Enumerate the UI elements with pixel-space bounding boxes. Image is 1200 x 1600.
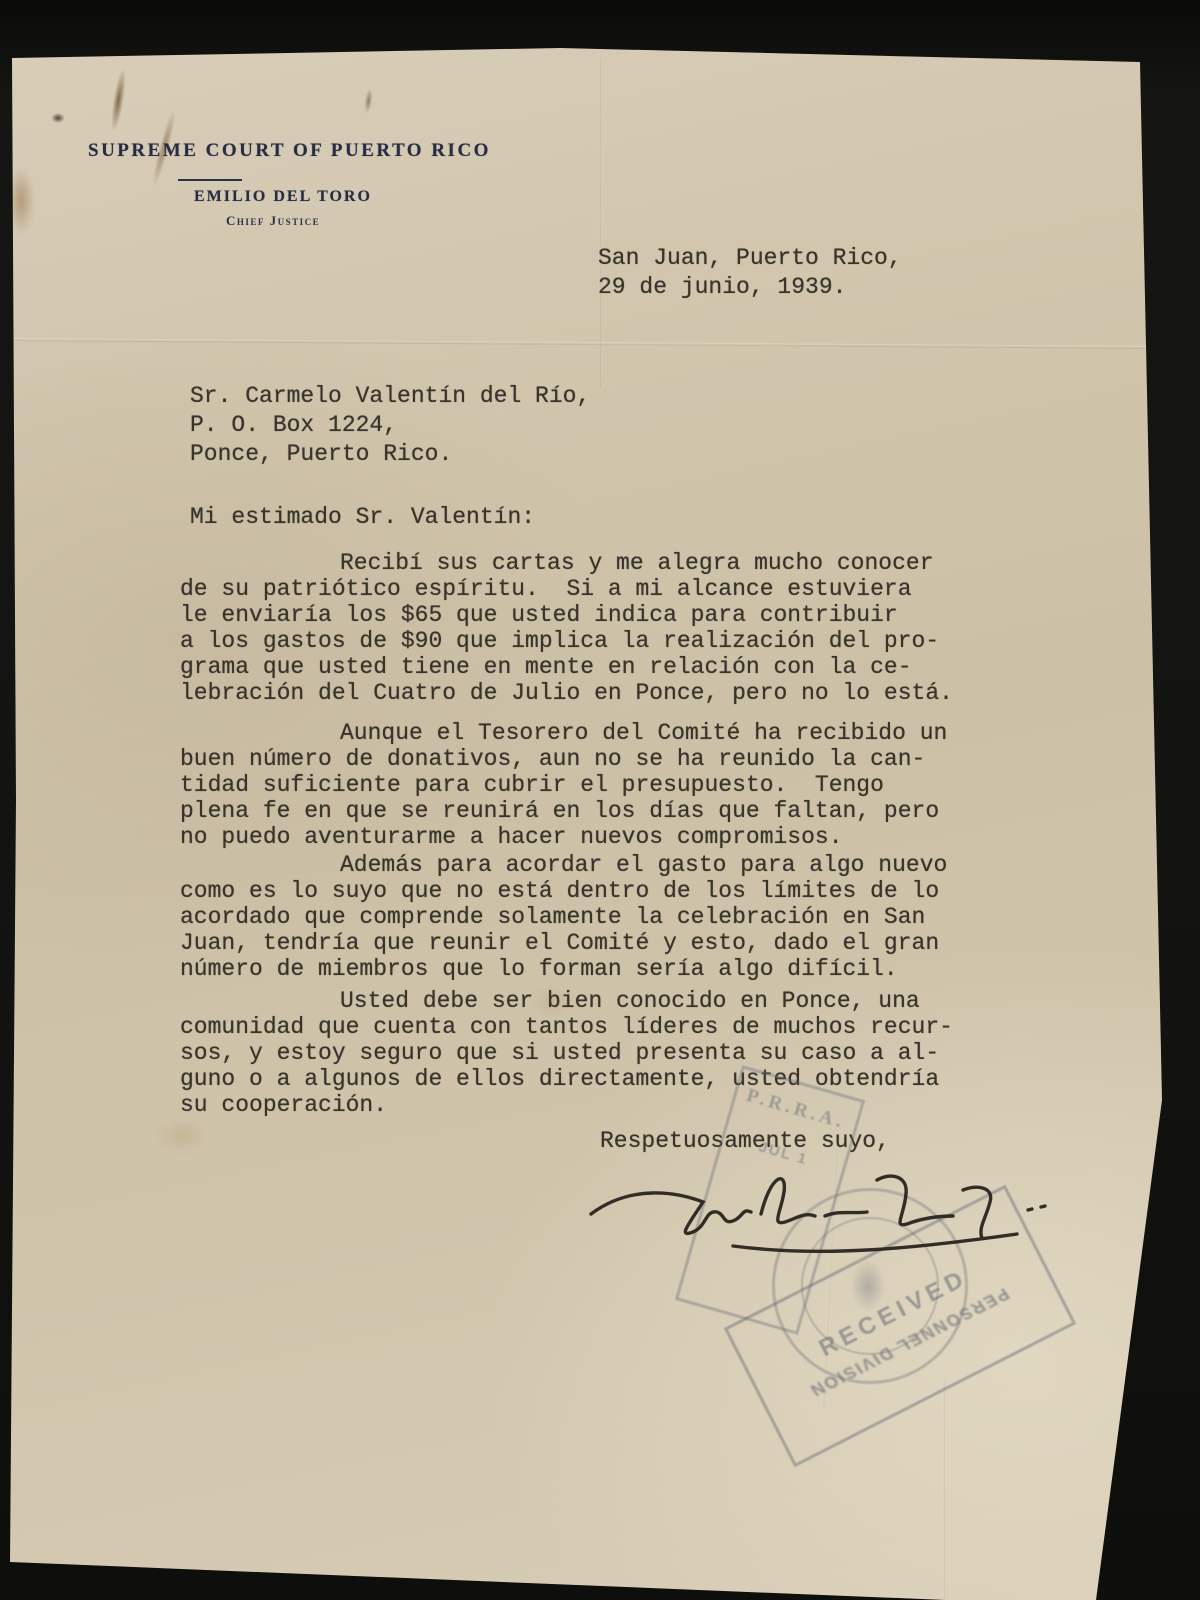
salutation: Mi estimado Sr. Valentín:	[190, 504, 535, 530]
crease-vertical-upper	[598, 58, 601, 388]
text-line: no puedo aventurarme a hacer nuevos comp…	[180, 824, 970, 850]
text-line: grama que usted tiene en mente en relaci…	[180, 654, 970, 680]
stain-streak-3	[362, 86, 375, 117]
paragraph-2: Aunque el Tesorero del Comité ha recibid…	[180, 720, 970, 850]
stain-blotch-left-edge	[4, 158, 38, 244]
text-line: Ponce, Puerto Rico.	[190, 440, 590, 469]
text-line: 29 de junio, 1939.	[598, 273, 902, 302]
text-line: comunidad que cuenta con tantos líderes …	[180, 1014, 970, 1040]
received-stamp-text: RECEIVED	[815, 1264, 973, 1363]
received-stamp-division-text: PERSONNEL DIVISION	[804, 1284, 1012, 1401]
letterhead-officer-title: Chief Justice	[226, 213, 320, 229]
stain-faint-1	[150, 1116, 214, 1156]
letterhead-officer-name: EMILIO DEL TORO	[194, 188, 372, 206]
text-line: su cooperación.	[180, 1092, 970, 1118]
text-line: tidad suficiente para cubrir el presupue…	[180, 772, 970, 798]
text-line: número de miembros que lo forman sería a…	[180, 956, 970, 982]
text-line: plena fe en que se reunirá en los días q…	[180, 798, 970, 824]
paragraph-3: Además para acordar el gasto para algo n…	[180, 852, 970, 982]
text-line: lebración del Cuatro de Julio en Ponce, …	[180, 680, 970, 706]
fold-crease-top	[0, 338, 1160, 349]
stain-streak-1	[106, 59, 131, 140]
text-line: Usted debe ser bien conocido en Ponce, u…	[180, 988, 970, 1014]
letter-paper: SUPREME COURT OF PUERTO RICO EMILIO DEL …	[0, 0, 1200, 1600]
text-line: como es lo suyo que no está dentro de lo…	[180, 878, 970, 904]
paragraph-4: Usted debe ser bien conocido en Ponce, u…	[180, 988, 970, 1118]
stain-mark-top	[50, 112, 66, 124]
text-line: Sr. Carmelo Valentín del Río,	[190, 382, 590, 411]
signature-svg	[585, 1148, 1055, 1273]
text-line: Recibí sus cartas y me alegra mucho cono…	[180, 550, 970, 576]
text-line: buen número de donativos, aun no se ha r…	[180, 746, 970, 772]
letterhead-court-name: SUPREME COURT OF PUERTO RICO	[88, 140, 468, 162]
dateline: San Juan, Puerto Rico,29 de junio, 1939.	[598, 244, 902, 302]
text-line: a los gastos de $90 que implica la reali…	[180, 628, 970, 654]
text-line: guno o a algunos de ellos directamente, …	[180, 1066, 970, 1092]
text-line: Además para acordar el gasto para algo n…	[180, 852, 970, 878]
stain-dot-top-edge	[58, 30, 72, 40]
text-line: le enviaría los $65 que usted indica par…	[180, 602, 970, 628]
signature-autograph	[585, 1148, 1055, 1273]
crease-vertical-lower	[942, 1380, 945, 1600]
text-line: acordado que comprende solamente la cele…	[180, 904, 970, 930]
text-line: Aunque el Tesorero del Comité ha recibid…	[180, 720, 970, 746]
text-line: de su patriótico espíritu. Si a mi alcan…	[180, 576, 970, 602]
text-line: P. O. Box 1224,	[190, 411, 590, 440]
recipient-address: Sr. Carmelo Valentín del Río,P. O. Box 1…	[190, 382, 590, 469]
text-line: sos, y estoy seguro que si usted present…	[180, 1040, 970, 1066]
paragraph-1: Recibí sus cartas y me alegra mucho cono…	[180, 550, 970, 706]
text-line: San Juan, Puerto Rico,	[598, 244, 902, 273]
letterhead-rule	[178, 179, 242, 181]
photo-background: { "letterhead": { "court": "SUPREME COUR…	[0, 0, 1200, 1600]
text-line: Juan, tendría que reunir el Comité y est…	[180, 930, 970, 956]
salutation-text: Mi estimado Sr. Valentín:	[190, 504, 535, 530]
